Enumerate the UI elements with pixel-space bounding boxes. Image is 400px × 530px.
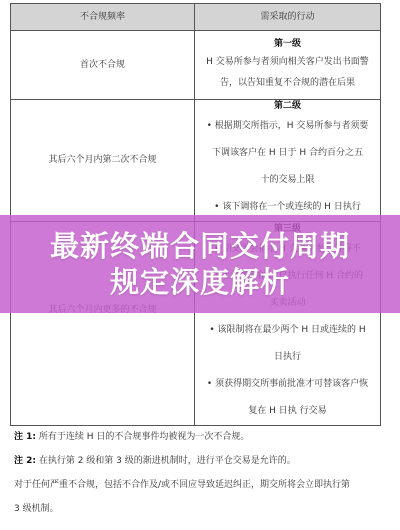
column-header-action: 需采取的行动 [195, 4, 381, 31]
note-text: 3 级机制。 [14, 504, 59, 514]
note-text: 在执行第 2 级和第 3 级的渐进机制时，进行平仓交易是允许的。 [36, 456, 296, 466]
action-line: • 根据期交所指示，H 交易所参与者须要 [207, 113, 369, 140]
table-row: 其后六个月内第二次不合规 第二级 • 根据期交所指示，H 交易所参与者须要 下调… [11, 100, 381, 222]
action-line: • 须获得期交所事前批准才可替该客户恢 [207, 371, 368, 398]
table-row: 首次不合规 第一级 H 交易所参与者须向相关客户发出书面警 告，以告知重复不合规… [11, 31, 381, 100]
action-cell: 第二级 • 根据期交所指示，H 交易所参与者须要 下调该客户在 H 日于 H 合… [195, 100, 381, 222]
title-banner: 最新终端合同交付周期 规定深度解析 [0, 215, 400, 313]
action-line: 十的交易上限 [260, 167, 314, 194]
document-page: 不合规频率 需采取的行动 首次不合规 第一级 H 交易所参与者须向相关客户发出书… [0, 0, 400, 530]
action-line: • 该限制将在最少两个 H 日或连续的 H [209, 317, 365, 344]
action-line: H 交易所参与者须向相关客户发出书面警 [206, 50, 369, 74]
action-line: 日执行 [274, 344, 301, 371]
action-line: 告，以告知重复不合规的潜在后果 [220, 74, 355, 94]
note-2: 注 2: 在执行第 2 级和第 3 级的渐进机制时，进行平仓交易是允许的。 [14, 449, 394, 473]
notes-section: 注 1: 所有于连续 H 日的不合规事件均被视为一次不合规。 注 2: 在执行第… [14, 425, 394, 521]
level-label: 第一级 [274, 38, 301, 50]
table-header-row: 不合规频率 需采取的行动 [11, 4, 381, 31]
frequency-cell: 首次不合规 [11, 31, 195, 100]
note-text: 对于任何严重不合规，包括不合作及/或不回应导致延迟纠正，期交所将会立即执行第 [14, 480, 350, 490]
frequency-cell: 其后六个月内第二次不合规 [11, 100, 195, 222]
note-tag: 注 2: [14, 456, 36, 466]
action-cell: 第一级 H 交易所参与者须向相关客户发出书面警 告，以告知重复不合规的潜在后果 [195, 31, 381, 100]
banner-title-line-2: 规定深度解析 [110, 264, 290, 300]
note-severe-cont: 3 级机制。 [14, 497, 394, 521]
note-severe: 对于任何严重不合规，包括不合作及/或不回应导致延迟纠正，期交所将会立即执行第 [14, 473, 394, 497]
note-text: 所有于连续 H 日的不合规事件均被视为一次不合规。 [36, 432, 249, 442]
level-label: 第二级 [274, 100, 301, 113]
action-line: 复在 H 日执 行交易 [248, 398, 326, 425]
action-line: 下调该客户在 H 日于 H 合约百分之五 [212, 140, 363, 167]
note-tag: 注 1: [14, 432, 36, 442]
banner-title-line-1: 最新终端合同交付周期 [50, 228, 350, 264]
column-header-frequency: 不合规频率 [11, 4, 195, 31]
note-1: 注 1: 所有于连续 H 日的不合规事件均被视为一次不合规。 [14, 425, 394, 449]
